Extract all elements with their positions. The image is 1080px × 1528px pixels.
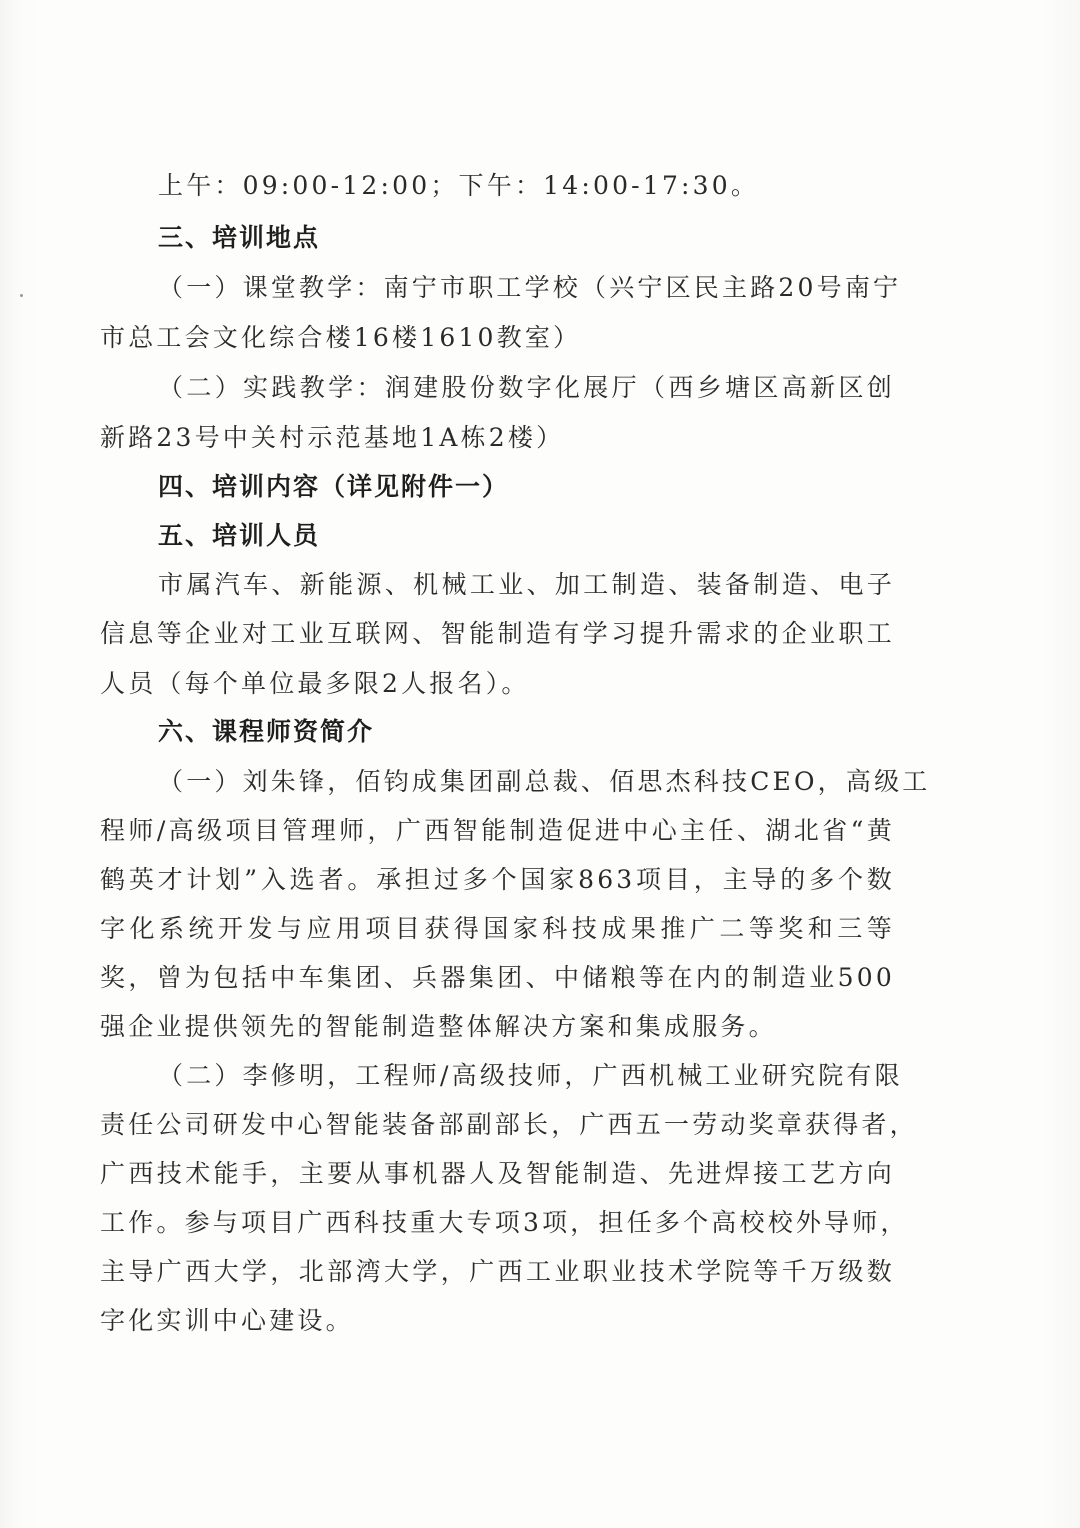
- scanned-document-page: 上午：09:00-12:00；下午：14:00-17:30。 三、培训地点 （一…: [0, 0, 1080, 1528]
- instructor-2-line-6: 字化实训中心建设。: [100, 1301, 895, 1341]
- session-hours-line: 上午：09:00-12:00；下午：14:00-17:30。: [158, 166, 895, 206]
- section-heading-training-content: 四、培训内容（详见附件一）: [158, 467, 895, 507]
- scan-speck: [20, 294, 23, 297]
- instructor-1-line-5: 奖，曾为包括中车集团、兵器集团、中储粮等在内的制造业500: [100, 958, 895, 998]
- location-practice-line-2: 新路23号中关村示范基地1A栋2楼）: [100, 418, 895, 458]
- trainees-paragraph-line-1: 市属汽车、新能源、机械工业、加工制造、装备制造、电子: [158, 565, 895, 605]
- instructor-2-line-1: （二）李修明，工程师/高级技师，广西机械工业研究院有限: [158, 1056, 895, 1096]
- location-classroom-line-1: （一）课堂教学：南宁市职工学校（兴宁区民主路20号南宁: [158, 268, 895, 308]
- instructor-2-line-2: 责任公司研发中心智能装备部副部长，广西五一劳动奖章获得者，: [100, 1105, 895, 1145]
- section-heading-instructors: 六、课程师资简介: [158, 712, 895, 752]
- instructor-2-line-5: 主导广西大学，北部湾大学，广西工业职业技术学院等千万级数: [100, 1252, 895, 1292]
- location-practice-line-1: （二）实践教学：润建股份数字化展厅（西乡塘区高新区创: [158, 368, 895, 408]
- instructor-1-line-4: 字化系统开发与应用项目获得国家科技成果推广二等奖和三等: [100, 909, 895, 949]
- instructor-1-line-1: （一）刘朱锋，佰钧成集团副总裁、佰思杰科技CEO，高级工: [158, 762, 895, 802]
- section-heading-trainees: 五、培训人员: [158, 516, 895, 556]
- instructor-2-line-3: 广西技术能手，主要从事机器人及智能制造、先进焊接工艺方向: [100, 1154, 895, 1194]
- section-heading-training-location: 三、培训地点: [158, 218, 895, 258]
- location-classroom-line-2: 市总工会文化综合楼16楼1610教室）: [100, 318, 895, 358]
- instructor-1-line-6: 强企业提供领先的智能制造整体解决方案和集成服务。: [100, 1007, 895, 1047]
- trainees-paragraph-line-2: 信息等企业对工业互联网、智能制造有学习提升需求的企业职工: [100, 614, 895, 654]
- trainees-paragraph-line-3: 人员（每个单位最多限2人报名）。: [100, 664, 895, 704]
- instructor-1-line-3: 鹤英才计划”入选者。承担过多个国家863项目，主导的多个数: [100, 860, 895, 900]
- instructor-2-line-4: 工作。参与项目广西科技重大专项3项，担任多个高校校外导师，: [100, 1203, 895, 1243]
- instructor-1-line-2: 程师/高级项目管理师，广西智能制造促进中心主任、湖北省“黄: [100, 811, 895, 851]
